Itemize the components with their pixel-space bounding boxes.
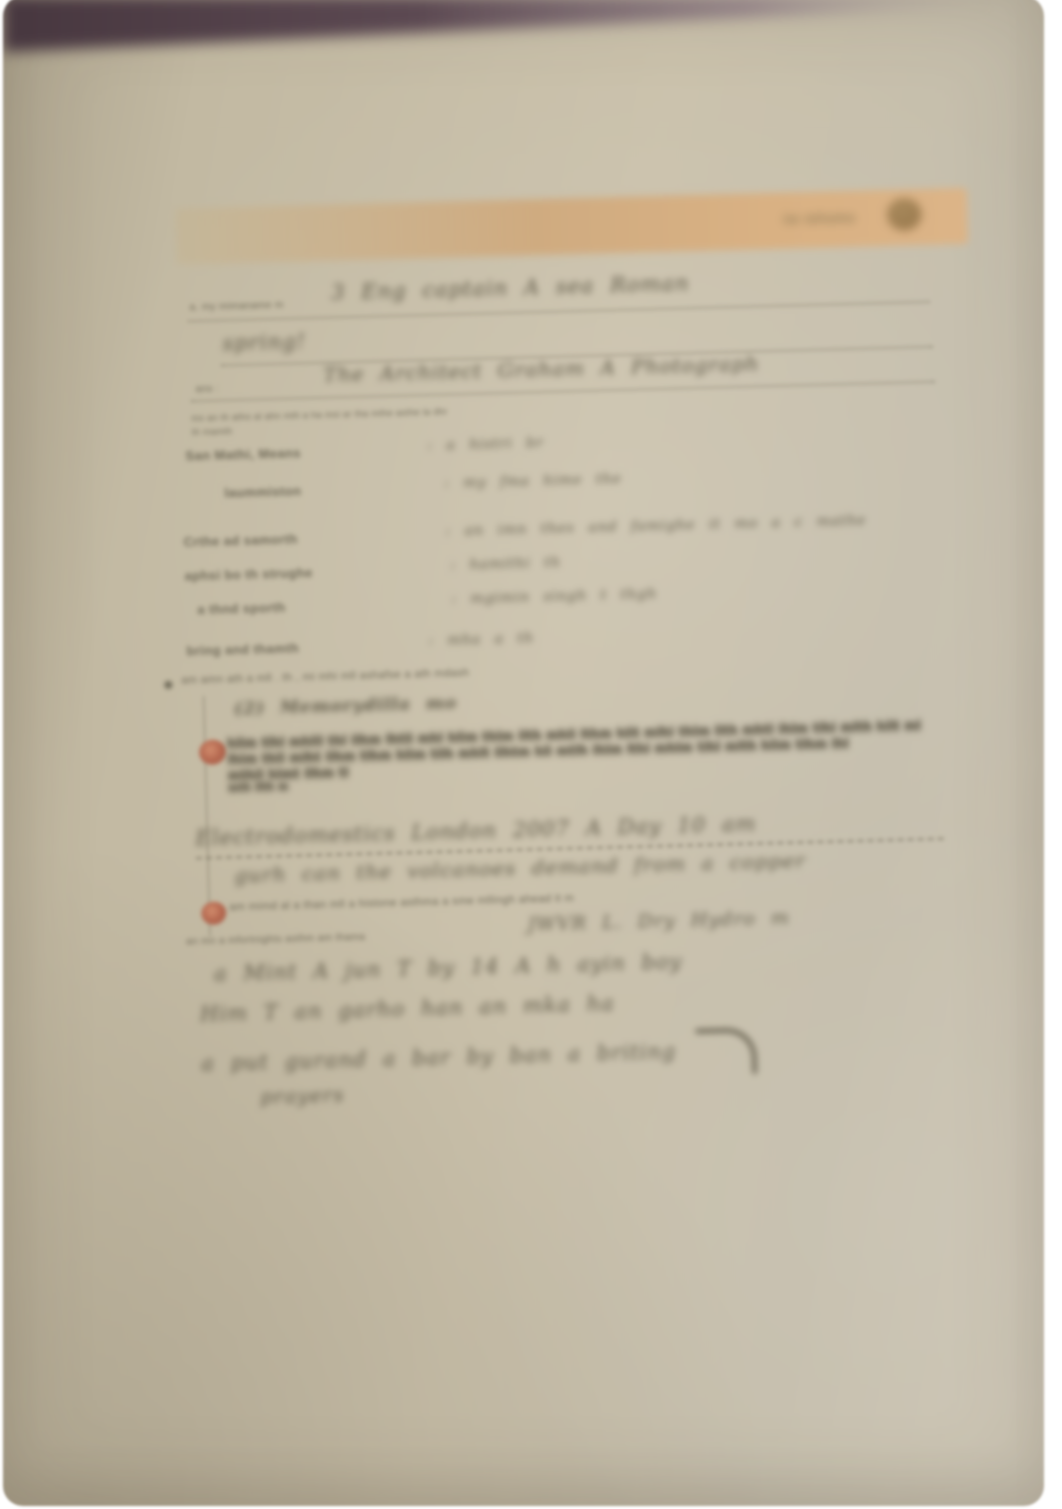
handwritten-line: gurh can the volcanoes demand from a cop… [234, 848, 806, 887]
printed-note-line1: ms an th atho al ahn mth a ha msi ar tha… [191, 406, 448, 423]
paragraph-line: lhim thli mlht ilhm tlhm hlim tilh mhlt … [227, 735, 849, 767]
book-top-edge-shape [3, 0, 1044, 52]
form-row-value: : mha a th [428, 630, 534, 649]
bulleted-line: am amn ath a mll . th , mi mhi mll ashaf… [181, 667, 469, 687]
paragraph-line: hilm tlhl mhlil thl ilhm lhtli mhl hlim … [227, 717, 922, 751]
printed-note-line2: th mamth [192, 426, 233, 437]
book-top-edge [3, 0, 1044, 91]
document-photo: im mhama ::: a. my mimaname m 3 Eng capt… [3, 0, 1044, 1506]
form-row-value: : a histri br [427, 435, 544, 454]
form-row-value: : mgimin singh t thgh [451, 586, 657, 607]
chapter-band-label: im mhama [783, 210, 856, 227]
form-row-value: : an imn thes and famighe it mo a c math… [445, 513, 866, 540]
pencil-flourish-stroke [696, 1028, 757, 1076]
form-row-label: San Mathi, Means [185, 445, 301, 463]
handwritten-line: a put gurand a bar by ban a briting [201, 1028, 757, 1089]
footer-word: prayers [260, 1082, 345, 1108]
form-row-value: : hamithi th [450, 555, 561, 574]
margin-line [203, 696, 211, 936]
red-marker-icon [201, 901, 227, 925]
form-row-label: bring and thamth [186, 640, 299, 658]
form-row-label: laummiston [224, 483, 301, 500]
mixed-line-handwriting: JWVR L. Dry Hydro m [527, 907, 790, 936]
handwritten-line: a Mint A jun T by 14 A h ayin boy [214, 950, 683, 986]
form-row-label: Crthe ad samorth [183, 531, 297, 549]
answer-line3-handwriting: The Architect Graham A Photograph [323, 351, 760, 386]
handwritten-line: Him T an garho han an mka ha [200, 991, 615, 1026]
mixed-line-print: an mn a mfortnights asthm am thama [186, 932, 365, 948]
answer-line1-handwriting: 3 Eng captain A sea Roman [331, 271, 690, 304]
red-marker-icon [199, 739, 227, 765]
paragraph-line: mth ilth m [228, 781, 289, 795]
chapter-number-badge: ::: [887, 198, 922, 231]
bullet-icon [164, 681, 172, 689]
marked-line: am mimd al a than mll a histone asthma a… [229, 892, 574, 913]
paragraph-line: mthil hlmt ilhm tl [228, 764, 350, 783]
form-row-label: aphsi bo th strughe [184, 565, 313, 583]
subheading: (2) Memorydilla mo [234, 693, 458, 719]
handwritten-line: Electrodomestics London 2007 A Day 10 am [195, 812, 756, 851]
dotted-rule [188, 301, 930, 322]
dashed-rule [196, 838, 944, 860]
dotted-rule [221, 346, 933, 367]
handwritten-line-text: a put gurand a bar by ban a briting [201, 1039, 676, 1075]
chapter-band: im mhama ::: [175, 188, 968, 265]
page-content: im mhama ::: a. my mimaname m 3 Eng capt… [3, 0, 1044, 1506]
form-row-label: a thnd sporth [197, 600, 286, 617]
answer-line2-handwriting: spring! [222, 329, 306, 355]
answer-line1-prefix: a. my mimaname m [189, 300, 283, 313]
form-row-value: : my fma hime the [444, 471, 622, 492]
dotted-rule [191, 381, 935, 402]
answer-line3-prefix: ans : [196, 383, 220, 395]
